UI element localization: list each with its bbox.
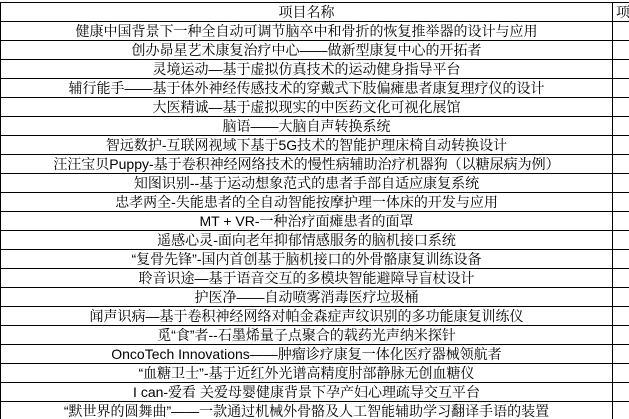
truncated-column-header[interactable]: 项 [613,3,629,22]
extra-cell[interactable] [613,60,629,79]
project-name-cell[interactable]: 灵境运动—基于虚拟仿真技术的运动健身指导平台 [1,60,613,79]
extra-cell[interactable] [613,98,629,117]
table-row: 脑语——大脑自声转换系统 [1,117,629,136]
project-name-column-header[interactable]: 项目名称 [1,3,613,22]
table-row: 健康中国背景下一种全自动可调节脑卒中和骨折的恢复推举器的设计与应用 [1,22,629,41]
project-name-cell[interactable]: 聆音识途—基于语音交互的多模块智能避障导盲杖设计 [1,269,613,288]
project-name-cell[interactable]: I can-爱看 关爱母婴健康背景下孕产妇心理疏导交互平台 [1,383,613,402]
extra-cell[interactable] [613,326,629,345]
projects-table: 项目名称 项 健康中国背景下一种全自动可调节脑卒中和骨折的恢复推举器的设计与应用… [0,2,629,419]
table-row: “默世界的圆舞曲”——一款通过机械外骨骼及人工智能辅助学习翻译手语的装置 [1,402,629,419]
table-row: 护医净——自动喷雾消毒医疗垃圾桶 [1,288,629,307]
table-row: 知图识别--基于运动想象范式的患者手部自适应康复系统 [1,174,629,193]
extra-cell[interactable] [613,193,629,212]
project-name-cell[interactable]: 智远数护-互联网视域下基于5G技术的智能护理床椅自动转换设计 [1,136,613,155]
extra-cell[interactable] [613,345,629,364]
project-name-cell[interactable]: OncoTech Innovations——肿瘤诊疗康复一体化医疗器械领航者 [1,345,613,364]
extra-cell[interactable] [613,307,629,326]
table-row: “血糖卫士”-基于近红外光谱高精度肘部静脉无创血糖仪 [1,364,629,383]
table-row: 辅行能手——基于体外神经传感技术的穿戴式下肢偏瘫患者康复理疗仪的设计 [1,79,629,98]
table-row: 汪汪宝贝Puppy-基于卷积神经网络技术的慢性病辅助治疗机器狗（以糖尿病为例） [1,155,629,174]
table-row: 聆音识途—基于语音交互的多模块智能避障导盲杖设计 [1,269,629,288]
project-name-cell[interactable]: 闻声识病—基于卷积神经网络对帕金森症声纹识别的多功能康复训练仪 [1,307,613,326]
table-row: “复骨先锋”-国内首创基于脑机接口的外骨骼康复训练设备 [1,250,629,269]
project-name-cell[interactable]: 辅行能手——基于体外神经传感技术的穿戴式下肢偏瘫患者康复理疗仪的设计 [1,79,613,98]
table-row: 大医精诚—基于虚拟现实的中医药文化可视化展馆 [1,98,629,117]
table-row: 智远数护-互联网视域下基于5G技术的智能护理床椅自动转换设计 [1,136,629,155]
extra-cell[interactable] [613,402,629,419]
project-name-cell[interactable]: 大医精诚—基于虚拟现实的中医药文化可视化展馆 [1,98,613,117]
table-row: OncoTech Innovations——肿瘤诊疗康复一体化医疗器械领航者 [1,345,629,364]
project-name-cell[interactable]: 遥感心灵-面向老年抑郁情感服务的脑机接口系统 [1,231,613,250]
extra-cell[interactable] [613,288,629,307]
project-name-cell[interactable]: “复骨先锋”-国内首创基于脑机接口的外骨骼康复训练设备 [1,250,613,269]
extra-cell[interactable] [613,383,629,402]
project-name-cell[interactable]: MT + VR-一种治疗面瘫患者的面罩 [1,212,613,231]
table-row: 忠孝两全-失能患者的全自动智能按摩护理一体床的开发与应用 [1,193,629,212]
project-name-cell[interactable]: 觅“食”者--石墨烯量子点聚合的载药光声纳米探针 [1,326,613,345]
project-name-cell[interactable]: 知图识别--基于运动想象范式的患者手部自适应康复系统 [1,174,613,193]
project-name-cell[interactable]: “默世界的圆舞曲”——一款通过机械外骨骼及人工智能辅助学习翻译手语的装置 [1,402,613,419]
table-row: 闻声识病—基于卷积神经网络对帕金森症声纹识别的多功能康复训练仪 [1,307,629,326]
project-name-cell[interactable]: 健康中国背景下一种全自动可调节脑卒中和骨折的恢复推举器的设计与应用 [1,22,613,41]
table-row: 遥感心灵-面向老年抑郁情感服务的脑机接口系统 [1,231,629,250]
extra-cell[interactable] [613,155,629,174]
table-row: 创办昴星艺术康复治疗中心——做新型康复中心的开拓者 [1,41,629,60]
table-row: MT + VR-一种治疗面瘫患者的面罩 [1,212,629,231]
extra-cell[interactable] [613,231,629,250]
extra-cell[interactable] [613,79,629,98]
table-header: 项目名称 项 [1,3,629,22]
project-name-cell[interactable]: 忠孝两全-失能患者的全自动智能按摩护理一体床的开发与应用 [1,193,613,212]
extra-cell[interactable] [613,41,629,60]
project-name-cell[interactable]: 脑语——大脑自声转换系统 [1,117,613,136]
project-name-cell[interactable]: “血糖卫士”-基于近红外光谱高精度肘部静脉无创血糖仪 [1,364,613,383]
project-name-cell[interactable]: 创办昴星艺术康复治疗中心——做新型康复中心的开拓者 [1,41,613,60]
table-body: 健康中国背景下一种全自动可调节脑卒中和骨折的恢复推举器的设计与应用 创办昴星艺术… [1,22,629,419]
extra-cell[interactable] [613,269,629,288]
project-name-cell[interactable]: 汪汪宝贝Puppy-基于卷积神经网络技术的慢性病辅助治疗机器狗（以糖尿病为例） [1,155,613,174]
table-row: I can-爱看 关爱母婴健康背景下孕产妇心理疏导交互平台 [1,383,629,402]
extra-cell[interactable] [613,174,629,193]
extra-cell[interactable] [613,136,629,155]
table-row: 灵境运动—基于虚拟仿真技术的运动健身指导平台 [1,60,629,79]
header-row: 项目名称 项 [1,3,629,22]
extra-cell[interactable] [613,22,629,41]
project-name-cell[interactable]: 护医净——自动喷雾消毒医疗垃圾桶 [1,288,613,307]
extra-cell[interactable] [613,117,629,136]
extra-cell[interactable] [613,212,629,231]
table-row: 觅“食”者--石墨烯量子点聚合的载药光声纳米探针 [1,326,629,345]
extra-cell[interactable] [613,364,629,383]
spreadsheet-viewport: 项目名称 项 健康中国背景下一种全自动可调节脑卒中和骨折的恢复推举器的设计与应用… [0,2,629,419]
extra-cell[interactable] [613,250,629,269]
